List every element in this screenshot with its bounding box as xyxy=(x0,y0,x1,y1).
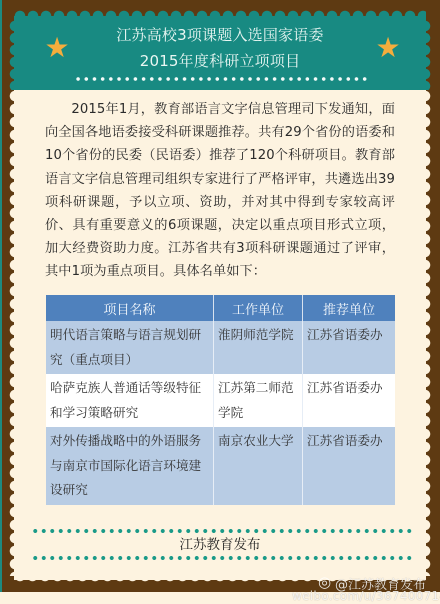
cell-project-name: 哈萨克族人普通话等级特征和学习策略研究 xyxy=(46,374,214,427)
content-panel-scallop-right xyxy=(419,90,431,576)
column-header-project-name: 项目名称 xyxy=(46,295,214,321)
table-header-row: 项目名称 工作单位 推荐单位 xyxy=(46,295,395,321)
watermark-url: weibo.com/u/3674007143 xyxy=(292,589,440,603)
title-line-1: 江苏高校3项课题入选国家语委 xyxy=(60,22,380,48)
column-header-work-unit: 工作单位 xyxy=(214,295,303,321)
cell-project-name: 明代语言策略与语言规划研究（重点项目） xyxy=(46,321,214,374)
table-row: 明代语言策略与语言规划研究（重点项目） 淮阴师范学院 江苏省语委办 xyxy=(46,321,395,374)
projects-table: 项目名称 工作单位 推荐单位 明代语言策略与语言规划研究（重点项目） 淮阴师范学… xyxy=(46,295,395,505)
footer-source: 江苏教育发布 xyxy=(120,536,320,554)
intro-paragraph: 2015年1月，教育部语言文字信息管理司下发通知，面向全国各地语委接受科研课题推… xyxy=(45,98,395,284)
content-panel-scallop-left xyxy=(9,90,21,576)
column-header-recommending-unit: 推荐单位 xyxy=(303,295,396,321)
footer-divider-dots-top xyxy=(31,528,413,534)
cell-recommending-unit: 江苏省语委办 xyxy=(303,427,396,505)
title-line-2: 2015年度科研立项项目 xyxy=(60,48,380,74)
cell-work-unit: 南京农业大学 xyxy=(214,427,303,505)
title-panel-scallop-right xyxy=(419,20,431,90)
cell-project-name: 对外传播战略中的外语服务与南京市国际化语言环境建设研究 xyxy=(46,427,214,505)
cell-recommending-unit: 江苏省语委办 xyxy=(303,321,396,374)
title-panel-scallop-left xyxy=(9,20,21,90)
table-row: 哈萨克族人普通话等级特征和学习策略研究 江苏第二师范学院 江苏省语委办 xyxy=(46,374,395,427)
page-title: 江苏高校3项课题入选国家语委 2015年度科研立项项目 xyxy=(60,22,380,74)
title-divider-dots xyxy=(74,76,370,82)
cell-work-unit: 江苏第二师范学院 xyxy=(214,374,303,427)
cell-recommending-unit: 江苏省语委办 xyxy=(303,374,396,427)
frame-edge xyxy=(0,0,2,592)
cell-work-unit: 淮阴师范学院 xyxy=(214,321,303,374)
title-panel-scallop xyxy=(14,10,426,22)
table-row: 对外传播战略中的外语服务与南京市国际化语言环境建设研究 南京农业大学 江苏省语委… xyxy=(46,427,395,505)
footer-divider-dots-bottom xyxy=(31,555,413,561)
